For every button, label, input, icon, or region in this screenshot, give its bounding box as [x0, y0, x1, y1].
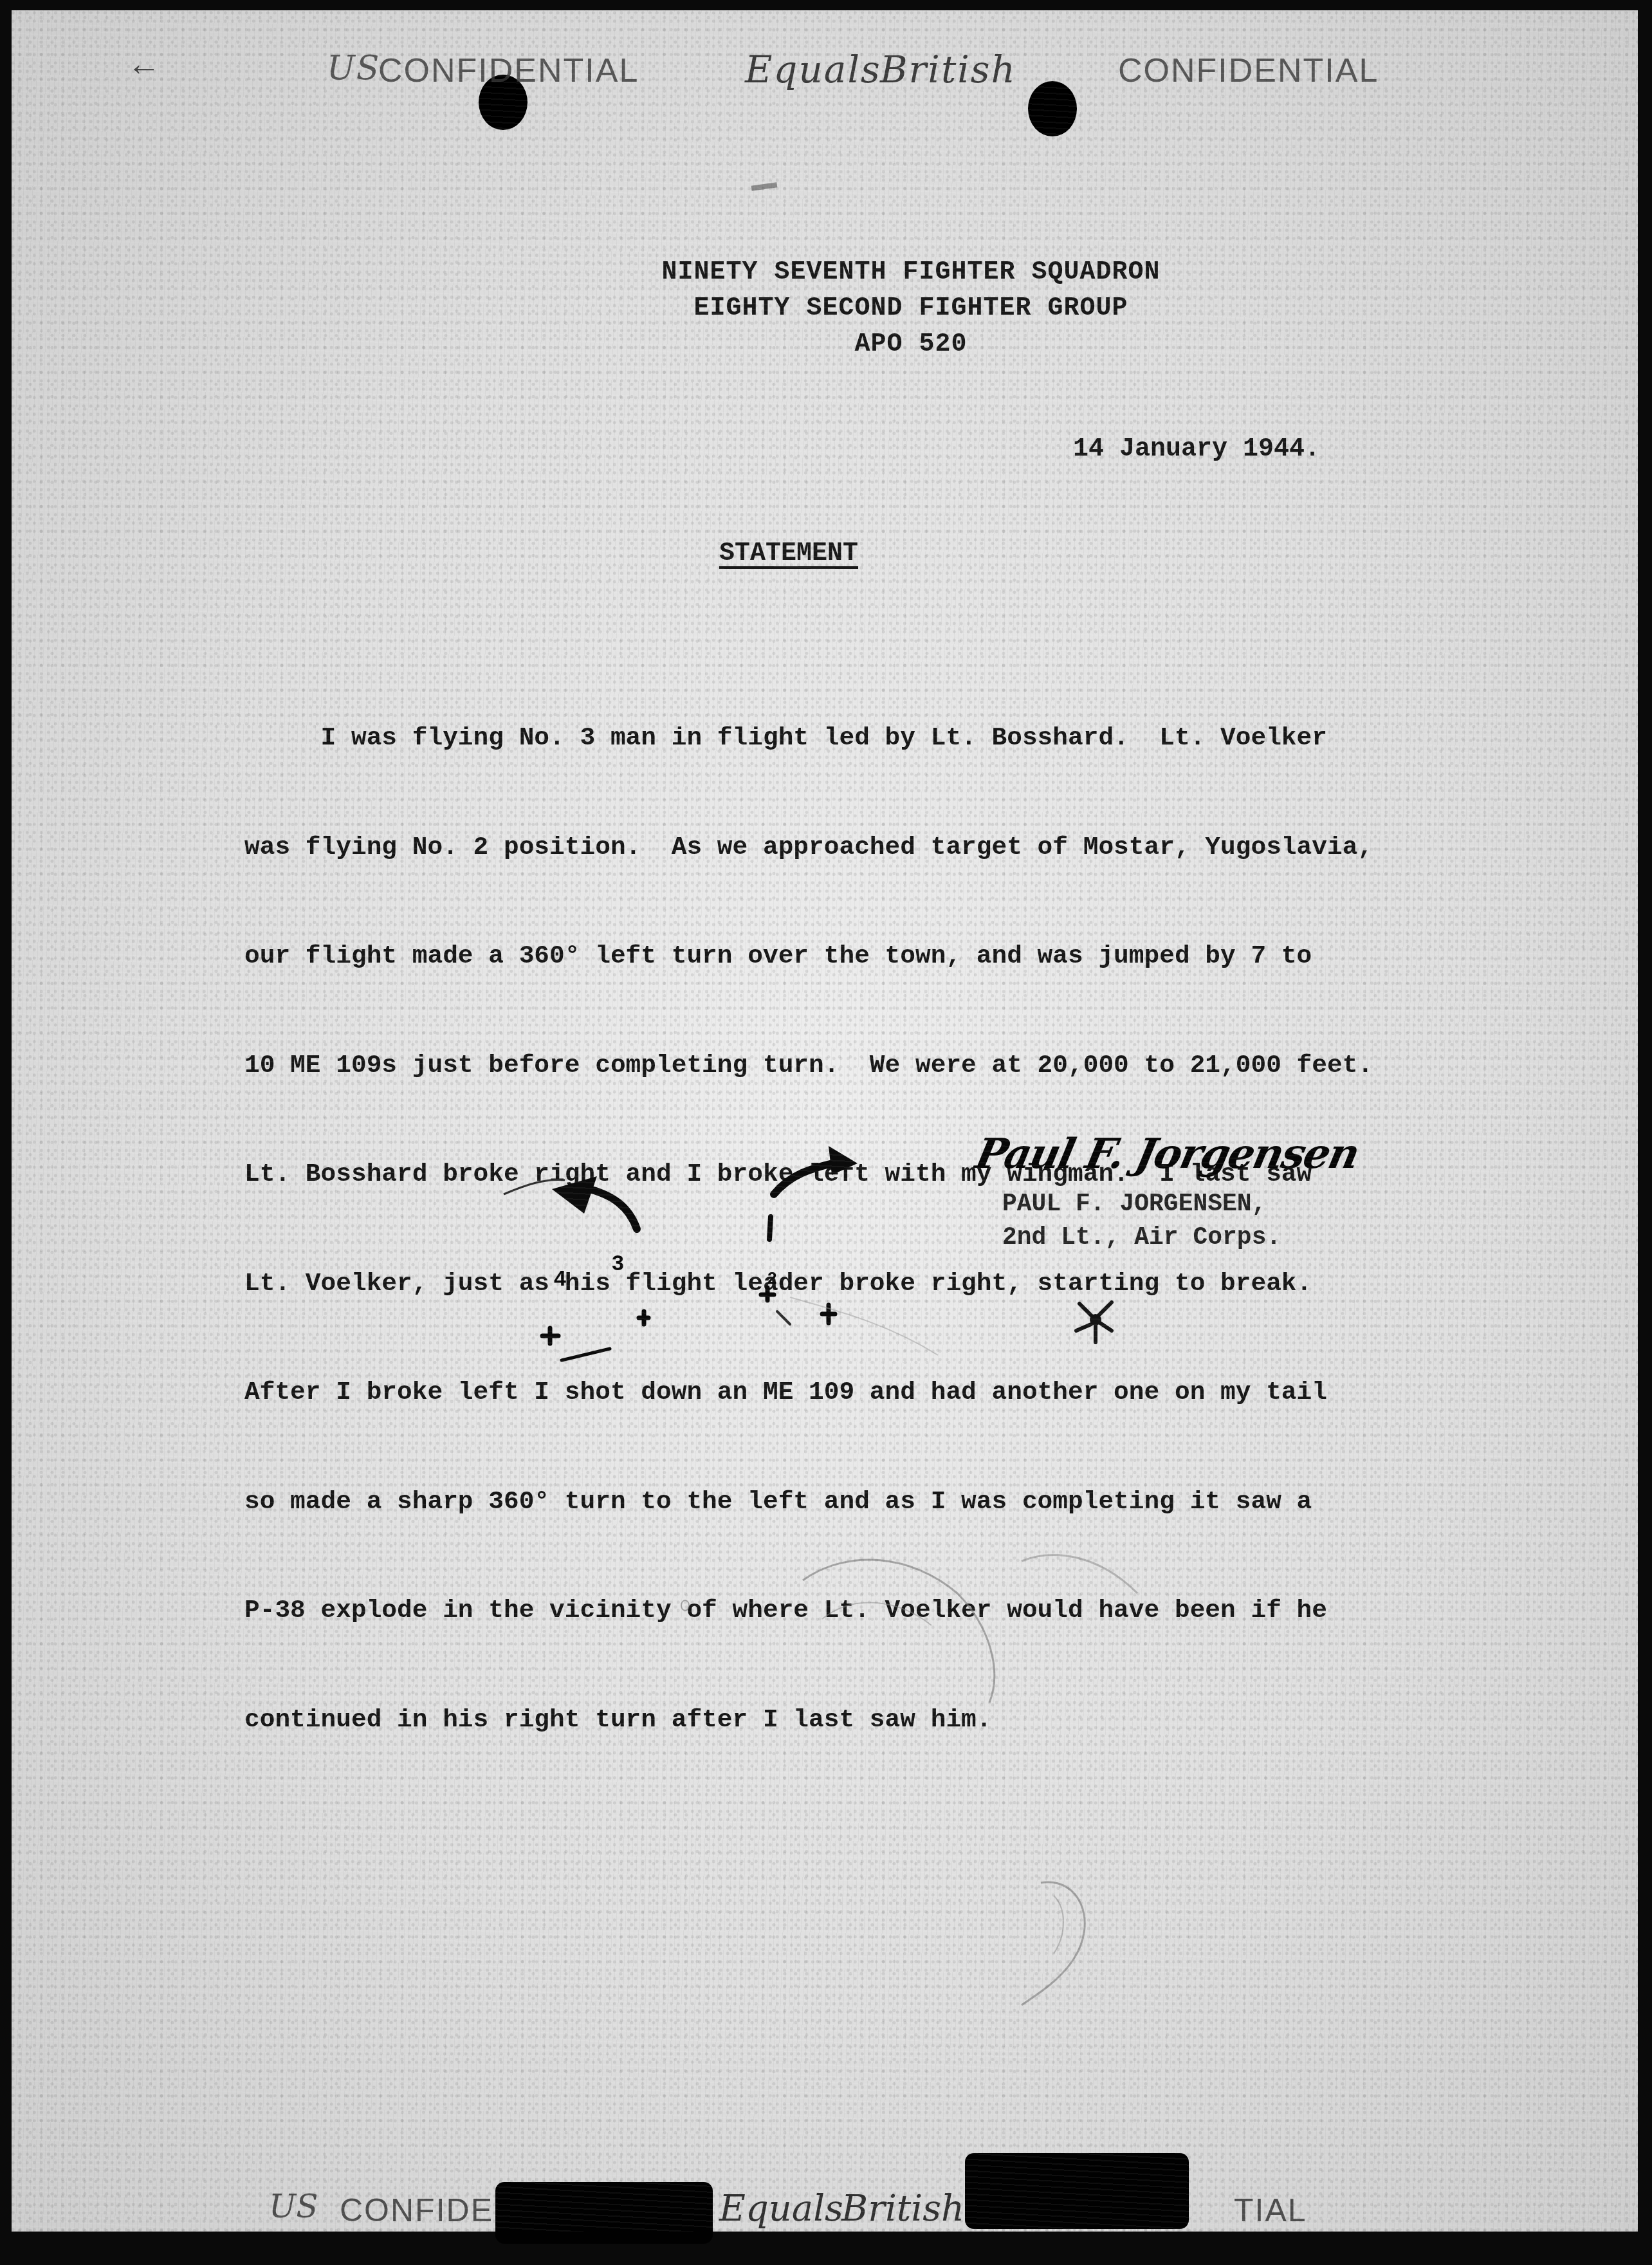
document-page: ← US CONFIDENTIAL Equals British CONFIDE… [12, 10, 1638, 2232]
document-date: 14 January 1944. [1073, 435, 1320, 464]
classification-label-left: CONFIDENTIAL [378, 51, 639, 90]
classification-label-left-bottom: CONFIDE [340, 2192, 493, 2229]
pencil-scribble-3 [1002, 1870, 1105, 2024]
body-line: so made a sharp 360° turn to the left an… [244, 1484, 1531, 1521]
rank-line: 2nd Lt., Air Corps. [1002, 1221, 1281, 1255]
body-line: our flight made a 360° left turn over th… [244, 938, 1531, 975]
classification-footer: US CONFIDE Equals British TIAL [269, 2185, 1363, 2237]
handwritten-signature: Paul F. Jorgensen [971, 1130, 1363, 1178]
letterhead-group: EIGHTY SECOND FIGHTER GROUP [98, 291, 1652, 327]
classification-prefix: US [327, 49, 380, 88]
classification-header: ← US CONFIDENTIAL Equals British CONFIDE… [134, 48, 1549, 93]
classification-label-right-bottom: TIAL [1234, 2192, 1307, 2229]
body-line: After I broke left I shot down an ME 109… [244, 1374, 1531, 1411]
body-line: I was flying No. 3 man in flight led by … [244, 720, 1531, 757]
position-label-4: 4 [554, 1266, 566, 1291]
body-line: 10 ME 109s just before completing turn. … [244, 1048, 1531, 1084]
handwritten-annotation-equals: Equals [745, 48, 881, 91]
body-line: was flying No. 2 position. As we approac… [244, 829, 1531, 866]
body-line: P-38 explode in the vicinity of where Lt… [244, 1593, 1531, 1629]
star-stamp-icon [1067, 1291, 1124, 1349]
pencil-dot [681, 1600, 690, 1611]
classification-label-right: CONFIDENTIAL [1118, 51, 1379, 90]
arrow-mark-icon: ← [134, 48, 155, 86]
letterhead: NINETY SEVENTH FIGHTER SQUADRON EIGHTY S… [12, 255, 1638, 363]
body-line: continued in his right turn after I last… [244, 1702, 1531, 1739]
redaction-block-1 [495, 2182, 713, 2244]
redaction-block-2 [965, 2153, 1189, 2229]
typed-name: PAUL F. JORGENSEN, [1002, 1188, 1281, 1221]
position-label-3: 3 [612, 1251, 624, 1276]
signature-block: PAUL F. JORGENSEN, 2nd Lt., Air Corps. [1002, 1188, 1281, 1255]
letterhead-apo: APO 520 [98, 327, 1652, 363]
classification-prefix-bottom: US [269, 2188, 318, 2225]
handwritten-annotation-british-bottom: British [841, 2188, 964, 2230]
document-title: STATEMENT [719, 539, 858, 568]
handwritten-annotation-equals-bottom: Equals [719, 2188, 843, 2230]
handwritten-annotation-british: British [880, 48, 1016, 91]
diagram-strokes [488, 1123, 899, 1368]
position-label-2: 2 [767, 1268, 776, 1288]
flight-formation-diagram: 4 3 1 2 [488, 1123, 899, 1368]
stray-mark [751, 182, 778, 190]
letterhead-squadron: NINETY SEVENTH FIGHTER SQUADRON [98, 255, 1652, 291]
